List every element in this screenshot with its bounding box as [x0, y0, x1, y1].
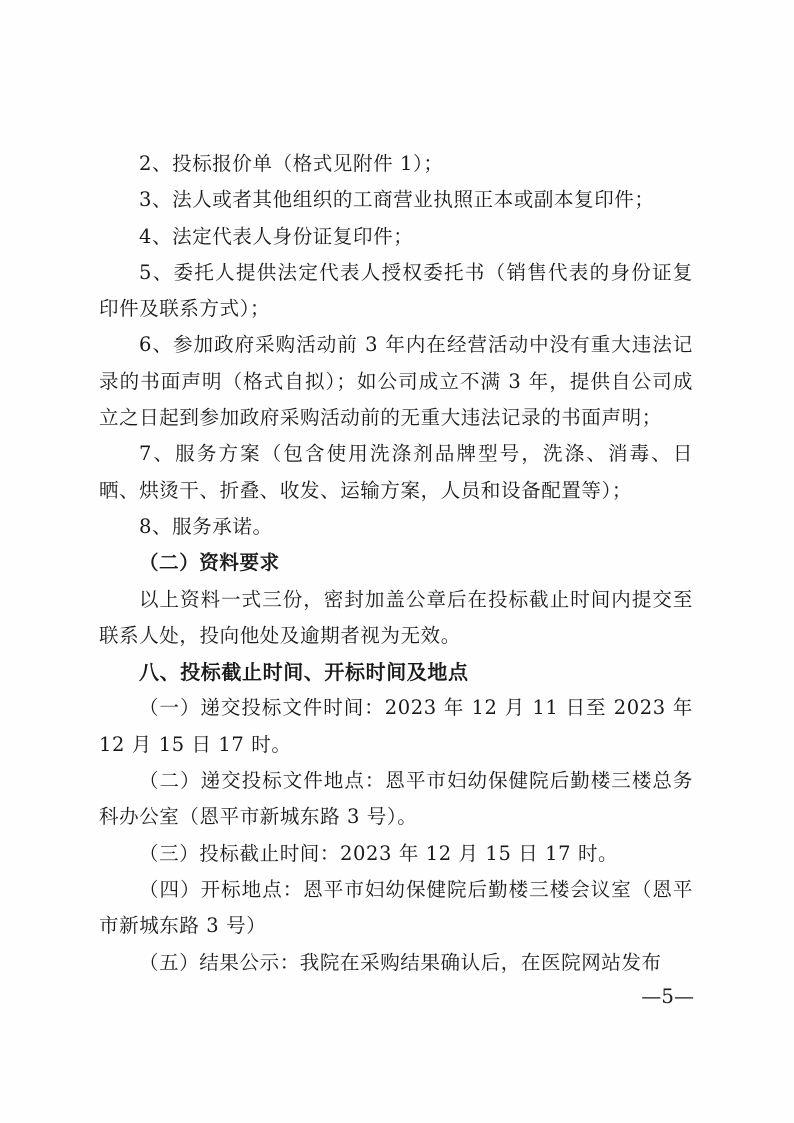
section-heading: 八、投标截止时间、开标时间及地点 [99, 654, 693, 690]
list-item: 5、委托人提供法定代表人授权委托书（销售代表的身份证复印件及联系方式）； [99, 255, 693, 328]
page-number: —5— [590, 984, 694, 1008]
section-item: （三）投标截止时间：2023 年 12 月 15 日 17 时。 [99, 836, 693, 872]
document-page: 2、投标报价单（格式见附件 1）； 3、法人或者其他组织的工商营业执照正本或副本… [0, 0, 794, 1123]
subsection-body: 以上资料一式三份，密封加盖公章后在投标截止时间内提交至联系人处，投向他处及逾期者… [99, 582, 693, 655]
list-item: 6、参加政府采购活动前 3 年内在经营活动中没有重大违法记录的书面声明（格式自拟… [99, 327, 693, 436]
section-item: （五）结果公示：我院在采购结果确认后，在医院网站发布 [99, 945, 693, 981]
list-item: 7、服务方案（包含使用洗涤剂品牌型号，洗涤、消毒、日晒、烘烫干、折叠、收发、运输… [99, 436, 693, 509]
section-item: （一）递交投标文件时间：2023 年 12 月 11 日至 2023 年 12 … [99, 690, 693, 763]
section-item: （四）开标地点：恩平市妇幼保健院后勤楼三楼会议室（恩平市新城东路 3 号） [99, 872, 693, 945]
list-item: 2、投标报价单（格式见附件 1）； [99, 146, 693, 182]
list-item: 8、服务承诺。 [99, 509, 693, 545]
document-body: 2、投标报价单（格式见附件 1）； 3、法人或者其他组织的工商营业执照正本或副本… [99, 146, 693, 981]
list-item: 3、法人或者其他组织的工商营业执照正本或副本复印件； [99, 182, 693, 218]
subsection-title: （二）资料要求 [99, 545, 693, 581]
section-item: （二）递交投标文件地点：恩平市妇幼保健院后勤楼三楼总务科办公室（恩平市新城东路 … [99, 763, 693, 836]
list-item: 4、法定代表人身份证复印件； [99, 219, 693, 255]
